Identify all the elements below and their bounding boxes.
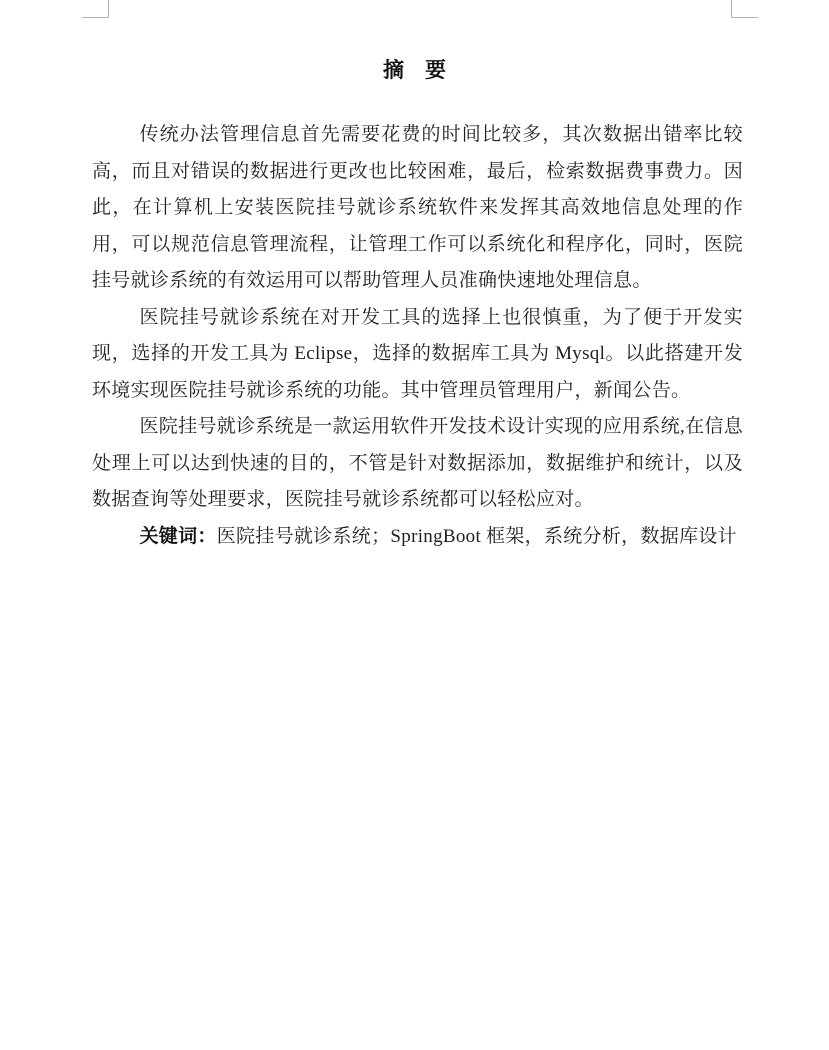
document-page: 摘 要 传统办法管理信息首先需要花费的时间比较多，其次数据出错率比较高，而且对错…	[0, 0, 829, 1050]
text-boundary-mark-top-right	[731, 0, 758, 18]
abstract-paragraph: 医院挂号就诊系统在对开发工具的选择上也很慎重，为了便于开发实现，选择的开发工具为…	[92, 300, 743, 410]
keywords-label: 关键词：	[140, 526, 217, 547]
abstract-body: 传统办法管理信息首先需要花费的时间比较多，其次数据出错率比较高，而且对错误的数据…	[0, 83, 829, 555]
abstract-paragraph: 医院挂号就诊系统是一款运用软件开发技术设计实现的应用系统,在信息处理上可以达到快…	[92, 409, 743, 519]
text-boundary-mark-top-left	[82, 0, 109, 18]
keywords-line: 关键词：医院挂号就诊系统；SpringBoot 框架，系统分析，数据库设计	[92, 519, 743, 556]
page-title: 摘 要	[0, 0, 829, 83]
abstract-paragraph: 传统办法管理信息首先需要花费的时间比较多，其次数据出错率比较高，而且对错误的数据…	[92, 117, 743, 300]
keywords-text: 医院挂号就诊系统；SpringBoot 框架，系统分析，数据库设计	[217, 526, 737, 547]
